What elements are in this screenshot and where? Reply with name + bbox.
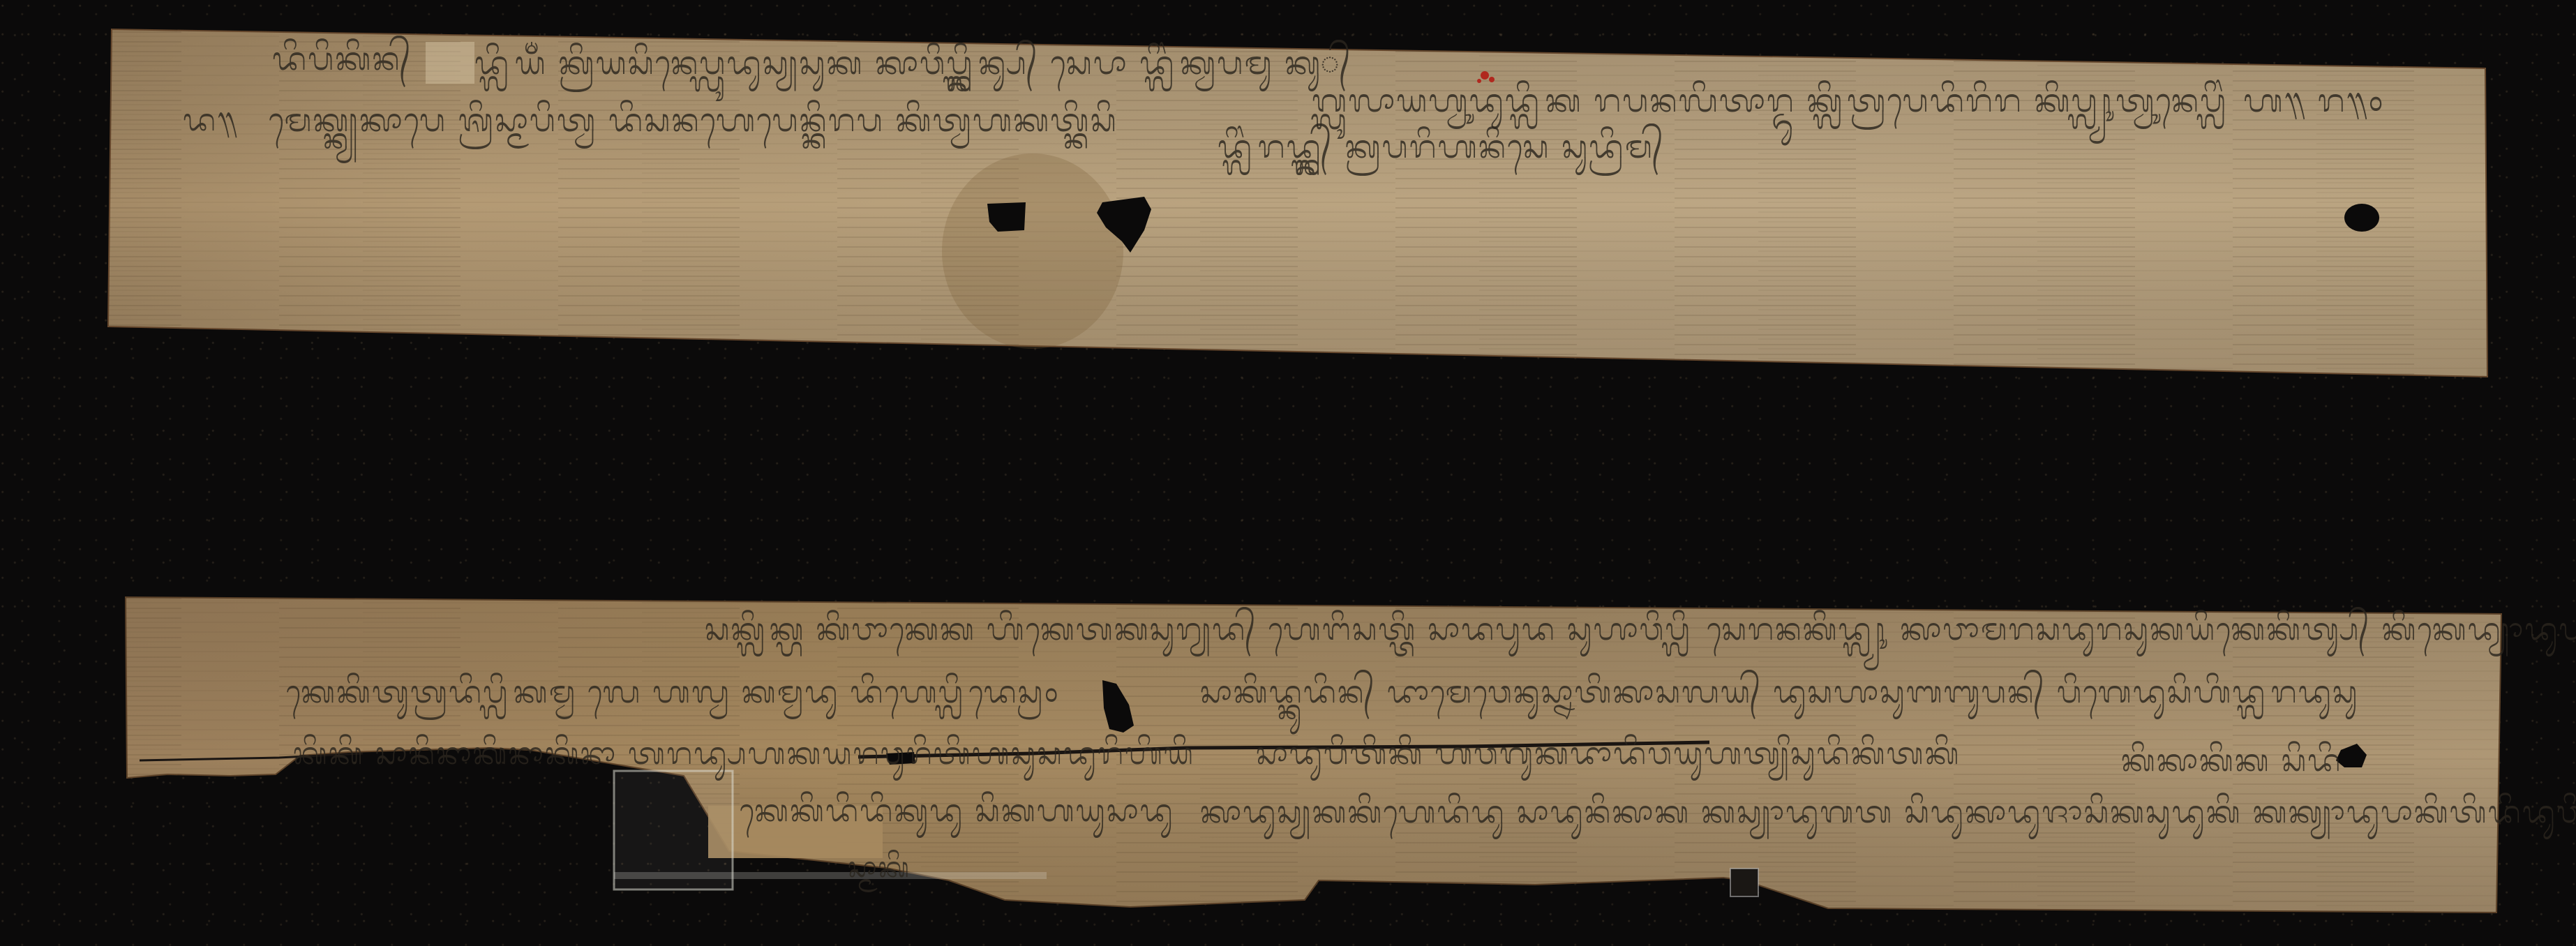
script-line: ᬓᬶᬓᬶ ᬲᬵᬦᬶᬦᬵᬓᬶᬦᬵᬓᬶᬦᬵ ᬢᬭᬤ᭄ᬲᬳᬓᬬᬭᬯᬸᬭᬶᬢᬶᬳᬲᬸᬲᬤ… bbox=[293, 731, 1195, 786]
script-line: ᬲ᭄ᬫᬵᬓᬶ bbox=[848, 848, 911, 898]
script-line: ᬓᬾᬓᬶᬢᬸᬢ᭄ᬭᬤᬶᬧ᭄ᬮᬶᬓᬫ᭄ᬯ ᬮᬾ ᬳᬮ᭄ᬯ ᬓᬫ᭄ᬯᬤᬸ ᬤᬶᬳᬾᬧ… bbox=[286, 670, 1060, 725]
bottom-palm-leaf: ᬲᬓ᭄ᬮᬶᬓ᭄ᬳ ᬓᬶᬯᬵᬓᬾᬓ ᬳᬶᬓᬾᬢᬓᬲᬸᬭ᭄ᬬᬤ᭄ ᬳᬾᬗᬶᬲᬢ᭄ᬢᬶ… bbox=[0, 0, 2576, 946]
script-line: ᬲᬓ᭄ᬮᬶᬓ᭄ᬳ ᬓᬶᬯᬵᬓᬾᬓ ᬳᬶᬓᬾᬢᬓᬲᬸᬭ᭄ᬬᬤ᭄ ᬳᬾᬗᬶᬲᬢ᭄ᬢᬶ… bbox=[705, 607, 2576, 662]
script-line: ᬓᬶᬓᬵᬓᬶᬓ ᬲᬶᬤᬶ bbox=[2121, 738, 2342, 793]
script-line: ᬓᬾᬓᬶᬤᬶᬤᬶᬓᬸᬤᬸ ᬲᬶᬓᬳᬬᬸᬲᬵᬤᬸ bbox=[740, 788, 1174, 843]
script-line: ᬲᬵᬓᬶᬤ᭄ᬓᬸᬤᬶᬦ᭄ ᬤᬵᬫᬾᬯᬾᬦᬸᬲ᭄ᬦᬵᬢᬶᬓᬵᬲᬮᬬ᭄ ᬤᬸᬲᬳᬵᬲ… bbox=[1200, 670, 2359, 725]
script-line: ᬓᬵᬤᬸᬲ᭄ᬬᬓᬓᬶᬳᬾᬤᬶᬤᬸ ᬲᬵᬤᬸᬦᬶᬓᬵᬓ ᬓᬲ᭄ᬬᬵᬤᬸᬕᬢ ᬲᬶᬤ… bbox=[1200, 790, 2576, 845]
tape-repair bbox=[614, 771, 733, 889]
script-line: ᬲᬵᬤᬸᬧᬶᬢᬶᬓᬶ ᬳᬯᬕᬸᬓᬤᬵᬤᬶᬯᬬᬸᬳᬢ᭄ᬬᬶᬲᬸᬤᬶᬓᬶᬢᬓᬶ bbox=[1256, 731, 1960, 786]
